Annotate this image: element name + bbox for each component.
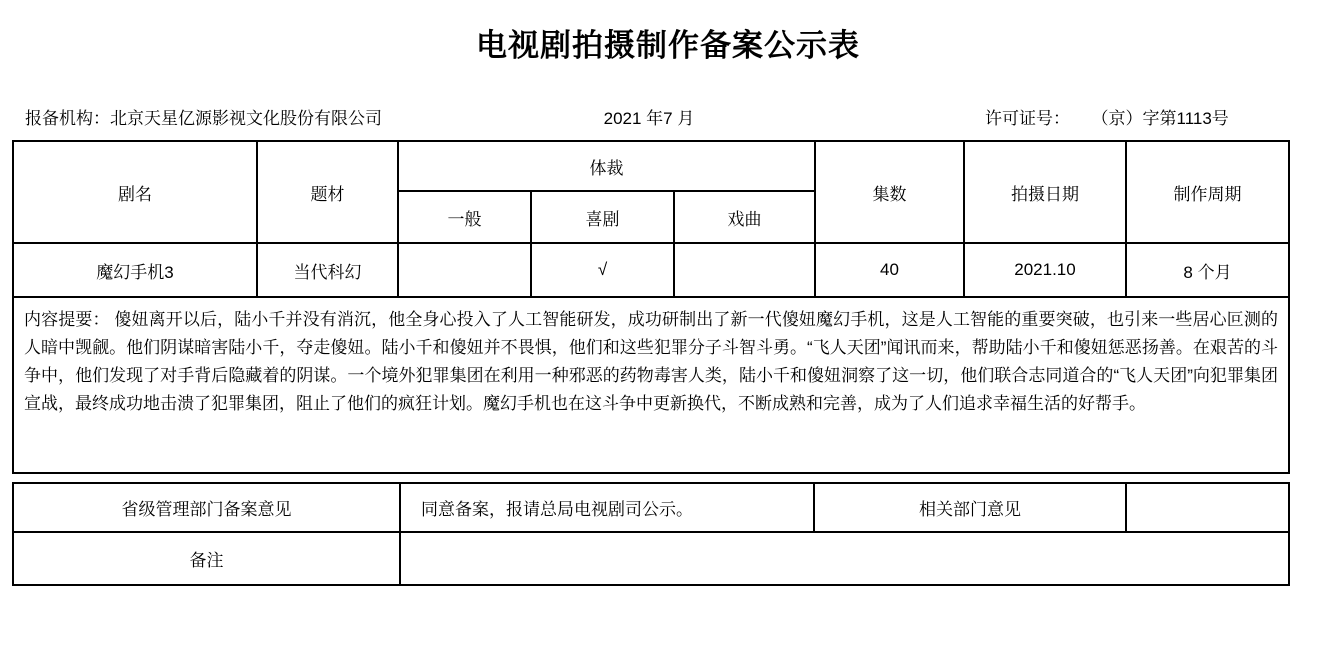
cell-genre-comedy-checkmark: √ bbox=[531, 243, 674, 297]
license-label: 许可证号： bbox=[985, 109, 1070, 128]
table-row: 魔幻手机3 当代科幻 √ 40 2021.10 8 个月 bbox=[13, 243, 1289, 297]
provincial-opinion-label: 省级管理部门备案意见 bbox=[13, 483, 400, 532]
synopsis-row: 内容提要： 傻妞离开以后，陆小千并没有消沉，他全身心投入了人工智能研发，成功研制… bbox=[13, 297, 1289, 473]
page-title: 电视剧拍摄制作备案公示表 bbox=[0, 20, 1336, 65]
cell-genre-general bbox=[398, 243, 531, 297]
related-dept-value bbox=[1126, 483, 1289, 532]
header-genre: 体裁 bbox=[398, 141, 815, 191]
meta-row: 报备机构：北京天星亿源影视文化股份有限公司 2021 年7 月 许可证号：（京）… bbox=[0, 104, 1336, 128]
cell-subject: 当代科幻 bbox=[257, 243, 398, 297]
filing-date: 2021 年7 月 bbox=[604, 104, 695, 129]
remarks-row: 备注 bbox=[13, 532, 1289, 585]
header-production-cycle: 制作周期 bbox=[1126, 141, 1289, 243]
drama-filing-table: 剧名 题材 体裁 集数 拍摄日期 制作周期 一般 喜剧 戏曲 魔幻手机3 当代科… bbox=[12, 140, 1290, 474]
header-episodes: 集数 bbox=[815, 141, 964, 243]
header-subject: 题材 bbox=[257, 141, 398, 243]
header-genre-comedy: 喜剧 bbox=[531, 191, 674, 243]
related-dept-label: 相关部门意见 bbox=[814, 483, 1126, 532]
opinions-table: 省级管理部门备案意见 同意备案，报请总局电视剧司公示。 相关部门意见 备注 bbox=[12, 482, 1290, 586]
remarks-value bbox=[400, 532, 1289, 585]
header-genre-opera: 戏曲 bbox=[674, 191, 815, 243]
opinions-row: 省级管理部门备案意见 同意备案，报请总局电视剧司公示。 相关部门意见 bbox=[13, 483, 1289, 532]
table-header-row-1: 剧名 题材 体裁 集数 拍摄日期 制作周期 bbox=[13, 141, 1289, 191]
reporting-org-label: 报备机构： bbox=[25, 109, 110, 128]
cell-episodes: 40 bbox=[815, 243, 964, 297]
cell-production-cycle: 8 个月 bbox=[1126, 243, 1289, 297]
header-drama-name: 剧名 bbox=[13, 141, 257, 243]
license-number: 许可证号：（京）字第1113号 bbox=[985, 104, 1229, 129]
synopsis-cell: 内容提要： 傻妞离开以后，陆小千并没有消沉，他全身心投入了人工智能研发，成功研制… bbox=[13, 297, 1289, 473]
cell-shoot-date: 2021.10 bbox=[964, 243, 1126, 297]
reporting-org-value: 北京天星亿源影视文化股份有限公司 bbox=[110, 109, 382, 128]
reporting-org: 报备机构：北京天星亿源影视文化股份有限公司 bbox=[25, 104, 382, 129]
cell-genre-opera bbox=[674, 243, 815, 297]
header-shoot-date: 拍摄日期 bbox=[964, 141, 1126, 243]
license-value: （京）字第1113号 bbox=[1100, 109, 1229, 128]
provincial-opinion-value: 同意备案，报请总局电视剧司公示。 bbox=[400, 483, 814, 532]
cell-drama-name: 魔幻手机3 bbox=[13, 243, 257, 297]
header-genre-general: 一般 bbox=[398, 191, 531, 243]
remarks-label: 备注 bbox=[13, 532, 400, 585]
